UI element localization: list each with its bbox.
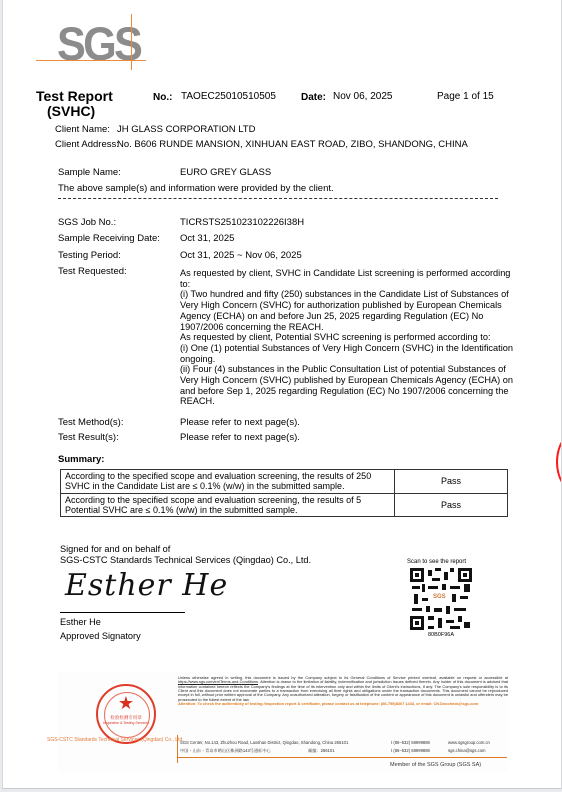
stamp-en-text: Inspection & Testing Services <box>98 721 154 725</box>
job-no-label: SGS Job No.: <box>58 217 116 229</box>
sample-name-value: EURO GREY GLASS <box>180 167 271 179</box>
summary-row-result: Pass <box>395 470 508 494</box>
summary-row-text: According to the specified scope and eva… <box>61 470 395 494</box>
footer-orange-hline <box>177 757 507 758</box>
receiving-date-label: Sample Receiving Date: <box>58 233 160 245</box>
summary-row-text: According to the specified scope and eva… <box>61 493 395 517</box>
handwritten-signature: Esther He <box>65 568 228 603</box>
summary-row: According to the specified scope and eva… <box>61 493 508 517</box>
email-link[interactable]: sgs.china@sgs.com <box>448 748 486 753</box>
signed-on-behalf: Signed for and on behalf of <box>60 544 170 554</box>
footer-orange-vline <box>177 735 178 763</box>
address-en: SGS Center, No.143, Zhuzhou Road, Laosha… <box>180 740 348 745</box>
test-method-value: Please refer to next page(s). <box>180 417 300 429</box>
summary-row-result: Pass <box>395 493 508 517</box>
test-result-value: Please refer to next page(s). <box>180 432 300 444</box>
report-page: SGS Test Report (SVHC) No.: TAOEC2501051… <box>2 0 562 789</box>
sample-note: The above sample(s) and information were… <box>58 183 334 195</box>
report-title: Test Report <box>36 88 113 104</box>
testing-period-value: Oct 31, 2025 ~ Nov 06, 2025 <box>180 250 302 262</box>
authenticity-notice: Attention: To check the authenticity of … <box>178 701 478 706</box>
summary-row: According to the specified scope and eva… <box>61 470 508 494</box>
receiving-date-value: Oct 31, 2025 <box>180 233 234 245</box>
page-indicator: Page 1 of 15 <box>437 91 494 103</box>
logo-orange-hline <box>36 60 146 61</box>
test-requested-label: Test Requested: <box>58 266 127 278</box>
report-no-label: No.: <box>153 92 172 103</box>
test-method-label: Test Method(s): <box>58 417 123 429</box>
client-name-label: Client Name: <box>55 124 110 136</box>
legal-disclaimer: Unless otherwise agreed in writing, this… <box>178 676 508 706</box>
requested-para-5: (ii) Four (4) substances in the Public C… <box>180 364 520 407</box>
telephone-1: t (86–532) 68999888 <box>391 740 430 745</box>
stamp-side-text: SGS-CSTC Standards Technical Services (Q… <box>47 737 184 743</box>
qr-code[interactable]: SGS <box>410 568 472 630</box>
report-no-value: TAOEC25010510505 <box>181 91 276 103</box>
requested-para-2: (i) Two hundred and fifty (250) substanc… <box>180 289 520 332</box>
postcode-cn: 邮编：266101 <box>308 748 335 754</box>
qr-finder <box>410 568 424 582</box>
edge-seal-partial <box>556 430 562 494</box>
website-link[interactable]: www.sgsgroup.com.cn <box>448 740 490 745</box>
test-requested-text: As requested by client, SVHC in Candidat… <box>180 268 520 407</box>
qr-sgs-logo: SGS <box>432 594 447 600</box>
requested-para-4: (i) One (1) potential Substances of Very… <box>180 343 520 364</box>
dashed-divider <box>58 198 498 199</box>
sgs-group-member: Member of the SGS Group (SGS SA) <box>390 762 481 768</box>
qr-finder <box>410 616 424 630</box>
job-no-value: TICRSTS251023102226I38H <box>180 217 304 229</box>
report-date-label: Date: <box>301 92 326 103</box>
testing-period-label: Testing Period: <box>58 250 121 262</box>
star-icon: ★ <box>98 694 154 712</box>
qr-code-id: 80B0F96A <box>428 632 454 638</box>
qr-finder <box>458 568 472 582</box>
sgs-logo: SGS <box>36 14 144 70</box>
requested-para-1: As requested by client, SVHC in Candidat… <box>180 268 520 289</box>
test-result-label: Test Result(s): <box>58 432 119 444</box>
client-address-value: No. B606 RUNDE MANSION, XINHUAN EAST ROA… <box>117 139 468 151</box>
qr-caption: Scan to see the report <box>407 559 466 565</box>
report-date-value: Nov 06, 2025 <box>333 91 393 103</box>
sample-name-label: Sample Name: <box>58 167 121 179</box>
client-name-value: JH GLASS CORPORATION LTD <box>117 124 255 136</box>
summary-title: Summary: <box>58 454 104 465</box>
requested-para-3: As requested by client, Potential SVHC s… <box>180 332 520 343</box>
telephone-2: t (86–532) 68999888 <box>391 748 430 753</box>
logo-orange-vline <box>131 14 132 70</box>
signatory-role: Approved Signatory <box>60 631 141 641</box>
report-subtitle: (SVHC) <box>47 103 95 119</box>
signature-line <box>60 612 185 613</box>
signing-company: SGS-CSTC Standards Technical Services (Q… <box>60 555 311 565</box>
summary-table: According to the specified scope and eva… <box>60 469 508 517</box>
client-address-label: Client Address: <box>55 139 119 151</box>
signatory-name: Esther He <box>60 617 101 627</box>
official-stamp: ★ 检验检测专用章 Inspection & Testing Services <box>96 684 156 744</box>
address-cn: 中国・山东・青岛市崂山区株洲路143号通标中心 <box>180 748 271 754</box>
sgs-logo-text: SGS <box>57 18 140 70</box>
